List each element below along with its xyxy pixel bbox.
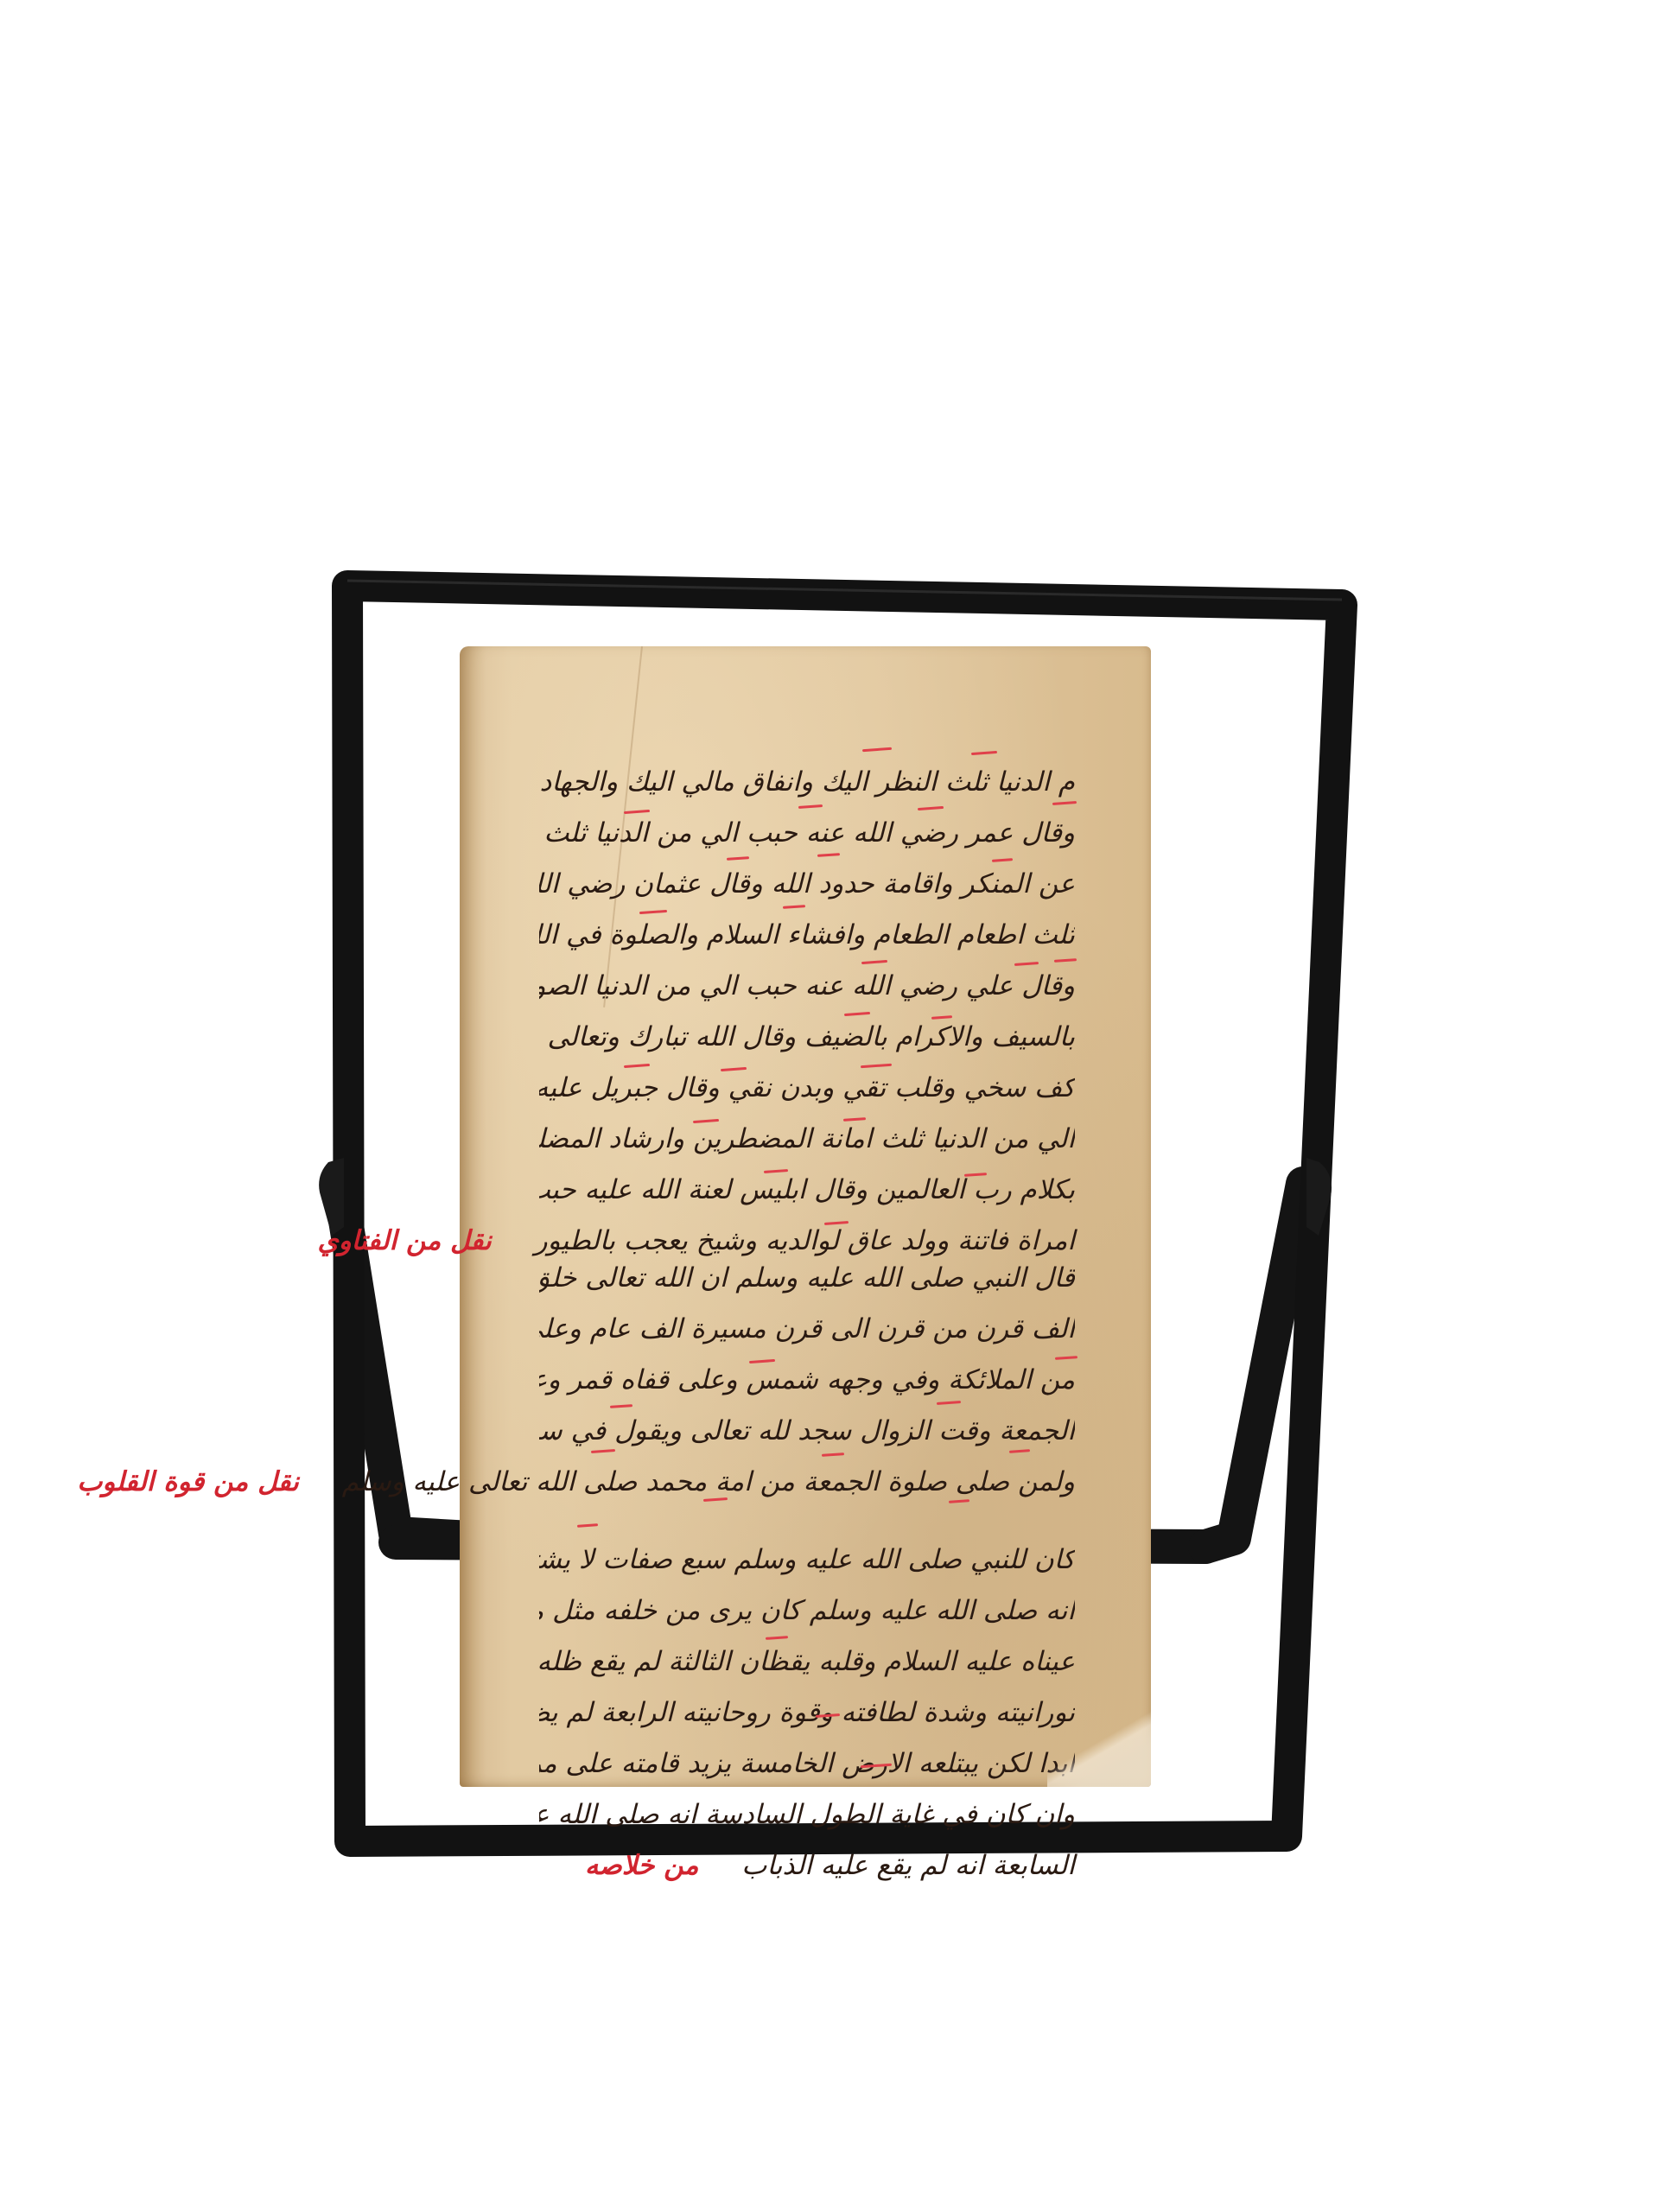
manuscript-line: ثلث اطعام الطعام وافشاء السلام والصلوة ف… <box>539 910 1075 961</box>
manuscript-line: السابعة انه لم يقع عليه الذباب <box>741 1850 1075 1881</box>
manuscript-line-with-rubric: السابعة انه لم يقع عليه الذباب من خلاصه <box>539 1840 1075 1891</box>
rubric-overline <box>971 751 997 755</box>
manuscript-line: ولمن صلى صلوة الجمعة من امة محمد صلى الل… <box>342 1466 1075 1497</box>
manuscript-line: عيناه عليه السلام وقلبه يقظان الثالثة لم… <box>539 1637 1075 1688</box>
manuscript-line: من الملائكة وفي وجهه شمس وعلى قفاه قمر و… <box>539 1355 1075 1406</box>
manuscript-line: ابدا لكن يبتلعه الارض الخامسة يزيد قامته… <box>539 1738 1075 1789</box>
manuscript-line: م الدنيا ثلث النظر اليك وانفاق مالي اليك… <box>539 757 1075 808</box>
manuscript-line: انه صلى الله عليه وسلم كان يرى من خلفه م… <box>539 1586 1075 1637</box>
manuscript-line: نورانيته وشدة لطافته وقوة روحانيته الراب… <box>539 1688 1075 1738</box>
rubric-overline <box>577 1523 598 1528</box>
manuscript-line-with-rubric: ولمن صلى صلوة الجمعة من امة محمد صلى الل… <box>539 1457 1075 1508</box>
manuscript-line: الف قرن من قرن الى قرن مسيرة الف عام وعل… <box>539 1304 1075 1355</box>
manuscript-line: الجمعة وقت الزوال سجد لله تعالى ويقول في… <box>539 1406 1075 1457</box>
manuscript-line: كان للنبي صلى الله عليه وسلم سبع صفات لا… <box>539 1535 1075 1586</box>
rubric-source-note: نقل من قوة القلوب <box>77 1466 299 1497</box>
rubric-source-note: نقل من الفتاوي <box>317 1225 491 1256</box>
manuscript-line: قال النبي صلى الله عليه وسلم ان الله تعا… <box>539 1253 1075 1304</box>
manuscript-line: وان كان في غاية الطول السادسة انه صلى ال… <box>539 1789 1075 1840</box>
manuscript-line: بالسيف والاكرام بالضيف وقال الله تبارك و… <box>539 1012 1075 1063</box>
manuscript-line: كف سخي وقلب تقي وبدن نقي وقال جبريل عليه… <box>539 1063 1075 1114</box>
manuscript-line: عن المنكر واقامة حدود الله وقال عثمان رض… <box>539 859 1075 910</box>
manuscript-line: بكلام رب العالمين وقال ابليس لعنة الله ع… <box>539 1165 1075 1216</box>
manuscript-line: امراة فاتنة وولد عاق لوالديه وشيخ يعجب ب… <box>535 1225 1075 1256</box>
manuscript-line: وقال علي رضي الله عنه حبب الي من الدنيا … <box>539 961 1075 1012</box>
rubric-overline <box>862 747 892 752</box>
manuscript-line: الي من الدنيا ثلث امانة المضطرين وارشاد … <box>539 1114 1075 1165</box>
text-block-1: م الدنيا ثلث النظر اليك وانفاق مالي اليك… <box>539 757 1075 1267</box>
product-photo: م الدنيا ثلث النظر اليك وانفاق مالي اليك… <box>0 0 1659 2212</box>
text-block-3: كان للنبي صلى الله عليه وسلم سبع صفات لا… <box>539 1535 1075 1891</box>
rubric-source-note: من خلاصه <box>585 1850 699 1881</box>
manuscript-page: م الدنيا ثلث النظر اليك وانفاق مالي اليك… <box>460 646 1151 1787</box>
text-block-2: قال النبي صلى الله عليه وسلم ان الله تعا… <box>539 1253 1075 1508</box>
manuscript-line: وقال عمر رضي الله عنه حبب الي من الدنيا … <box>539 808 1075 859</box>
